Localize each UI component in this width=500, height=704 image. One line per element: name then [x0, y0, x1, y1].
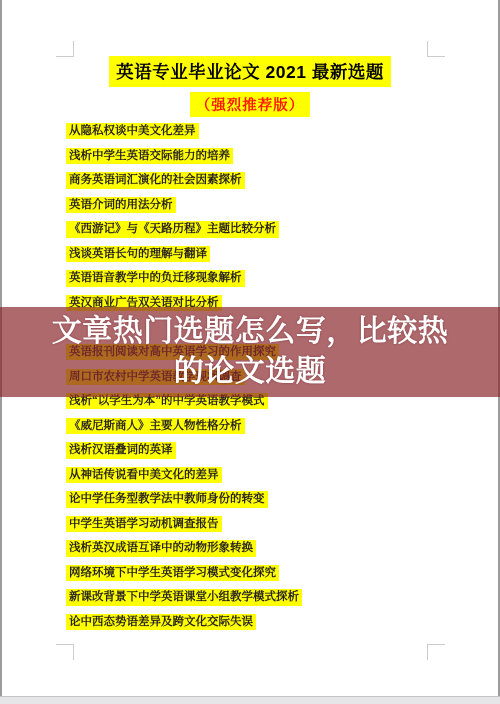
list-item: 商务英语词汇演化的社会因素探析 — [66, 168, 486, 193]
page-bottom-strip — [0, 696, 500, 704]
watermark-line2: 的论文选题 — [174, 352, 327, 392]
list-item: 网络环境下中学生英语学习模式变化探究 — [66, 561, 486, 586]
topic-highlight: 从神话传说看中美文化的差异 — [66, 467, 222, 483]
list-item: 《西游记》与《天路历程》主题比较分析 — [66, 217, 486, 242]
topic-highlight: 《西游记》与《天路历程》主题比较分析 — [66, 221, 279, 237]
list-item: 浅析中学生英语交际能力的培养 — [66, 144, 486, 169]
list-item: 《威尼斯商人》主要人物性格分析 — [66, 414, 486, 439]
list-item: 浅析汉语叠词的英译 — [66, 438, 486, 463]
topic-highlight: 商务英语词汇演化的社会因素探析 — [66, 172, 245, 188]
list-item: 英语介词的用法分析 — [66, 193, 486, 218]
topic-highlight: 英语介词的用法分析 — [66, 197, 176, 213]
list-item: 英语语音教学中的负迁移现象解析 — [66, 266, 486, 291]
list-item: 从神话传说看中美文化的差异 — [66, 463, 486, 488]
crop-mark-bottom-left — [56, 644, 74, 660]
banner: 英语专业毕业论文 2021 最新选题 （强烈推荐版） — [0, 56, 500, 117]
list-item: 论中学任务型教学法中教师身份的转变 — [66, 487, 486, 512]
topic-highlight: 浅析中学生英语交际能力的培养 — [66, 148, 233, 164]
list-item: 从隐私权谈中美文化差异 — [66, 119, 486, 144]
list-item: 新课改背景下中学英语课堂小组教学模式探析 — [66, 585, 486, 610]
topic-highlight: 论中学任务型教学法中教师身份的转变 — [66, 491, 268, 507]
list-item: 中学生英语学习动机调查报告 — [66, 512, 486, 537]
topic-highlight: 浅析英汉成语互译中的动物形象转换 — [66, 540, 256, 556]
banner-subtitle-row: （强烈推荐版） — [0, 92, 500, 117]
topic-highlight: 从隐私权谈中美文化差异 — [66, 123, 199, 139]
topic-highlight: 浅谈英语长句的理解与翻译 — [66, 246, 210, 262]
watermark-overlay: 文章热门选题怎么写，比较热 的论文选题 — [0, 307, 500, 397]
list-item: 浅析英汉成语互译中的动物形象转换 — [66, 536, 486, 561]
topic-highlight: 网络环境下中学生英语学习模式变化探究 — [66, 565, 279, 581]
banner-title: 英语专业毕业论文 2021 最新选题 — [109, 56, 391, 87]
list-item: 浅谈英语长句的理解与翻译 — [66, 242, 486, 267]
crop-mark-top-right — [427, 41, 445, 57]
crop-mark-bottom-right — [427, 644, 445, 660]
topic-highlight: 浅析汉语叠词的英译 — [66, 442, 176, 458]
topic-highlight: 论中西态势语差异及跨文化交际失误 — [66, 614, 256, 630]
topic-highlight: 英语语音教学中的负迁移现象解析 — [66, 270, 245, 286]
banner-subtitle: （强烈推荐版） — [190, 92, 311, 117]
topic-highlight: 新课改背景下中学英语课堂小组教学模式探析 — [66, 589, 302, 605]
list-item: 论中西态势语差异及跨文化交际失误 — [66, 610, 486, 635]
topic-highlight: 中学生英语学习动机调查报告 — [66, 516, 222, 532]
topic-highlight: 《威尼斯商人》主要人物性格分析 — [66, 418, 245, 434]
crop-mark-top-left — [56, 41, 74, 57]
watermark-line1: 文章热门选题怎么写，比较热 — [52, 312, 449, 352]
